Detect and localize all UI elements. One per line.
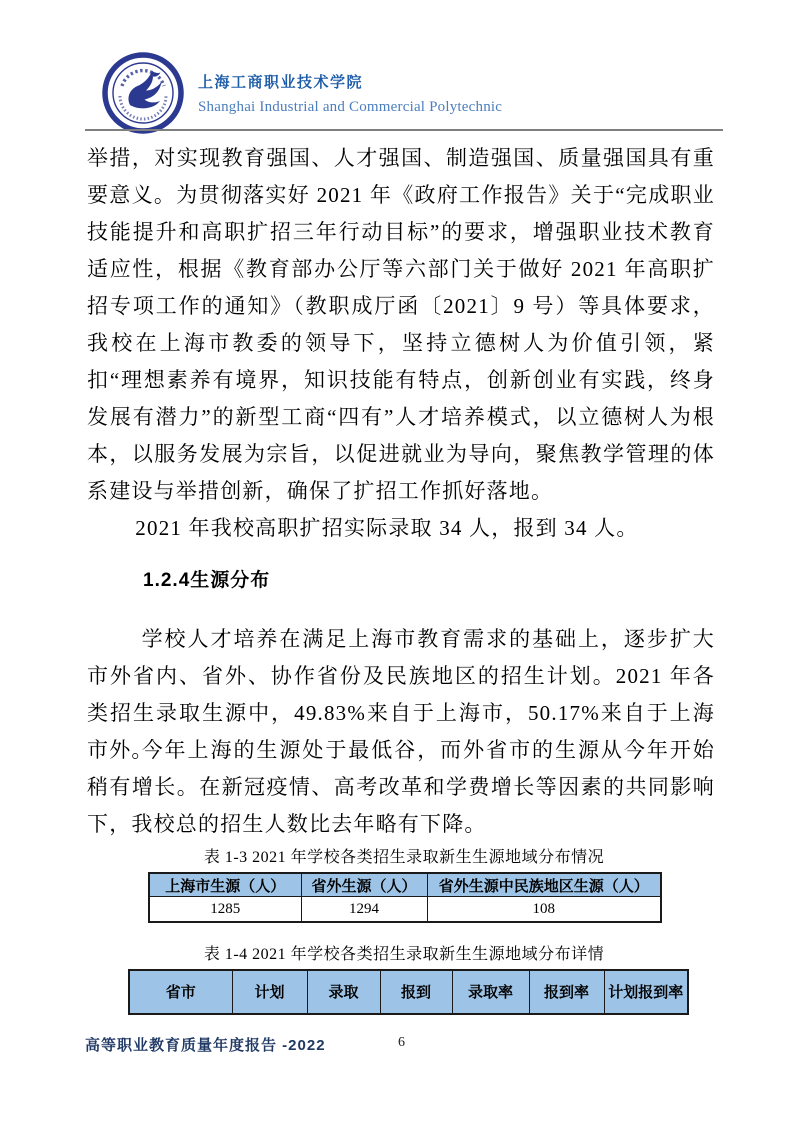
school-seal-logo-icon (102, 52, 184, 134)
school-name-en: Shanghai Industrial and Commercial Polyt… (198, 99, 502, 116)
table-1-3-value-ethnic: 108 (427, 897, 661, 923)
table-1-3-regional-distribution: 上海市生源（人） 省外生源（人） 省外生源中民族地区生源（人） 1285 129… (148, 872, 662, 923)
table-1-3-header-ethnic: 省外生源中民族地区生源（人） (427, 873, 661, 897)
table-1-4-header-plan: 计划 (232, 970, 307, 1014)
school-name-zh: 上海工商职业技术学院 (198, 71, 502, 92)
document-page: 上海工商职业技术学院 Shanghai Industrial and Comme… (0, 0, 793, 1122)
page-number: 6 (398, 1035, 405, 1051)
table-header-row: 省市 计划 录取 报到 录取率 报到率 计划报到率 (129, 970, 688, 1014)
table-1-3-value-shanghai: 1285 (149, 897, 301, 923)
table-1-4-detail-distribution: 省市 计划 录取 报到 录取率 报到率 计划报到率 (128, 969, 689, 1015)
paragraph-expansion-measures: 举措，对实现教育强国、人才强国、制造强国、质量强国具有重要意义。为贯彻落实好 2… (87, 140, 715, 510)
table-1-4-header-register-rate: 报到率 (529, 970, 604, 1014)
footer-report-title: 高等职业教育质量年度报告 -2022 (85, 1034, 326, 1055)
table-1-4-header-registered: 报到 (380, 970, 452, 1014)
section-heading-1-2-4: 1.2.4生源分布 (143, 562, 270, 599)
table-1-4-header-plan-register-rate: 计划报到率 (604, 970, 688, 1014)
table-1-3-caption: 表 1-3 2021 年学校各类招生录取新生生源地域分布情况 (85, 847, 723, 869)
table-row: 1285 1294 108 (149, 897, 661, 923)
table-1-3-header-outside: 省外生源（人） (301, 873, 427, 897)
table-1-4-caption: 表 1-4 2021 年学校各类招生录取新生生源地域分布详情 (85, 944, 723, 966)
table-1-4-header-province: 省市 (129, 970, 232, 1014)
table-1-4-header-admit-rate: 录取率 (452, 970, 529, 1014)
table-1-3-value-outside: 1294 (301, 897, 427, 923)
masthead: 上海工商职业技术学院 Shanghai Industrial and Comme… (198, 71, 502, 116)
table-1-3-header-shanghai: 上海市生源（人） (149, 873, 301, 897)
paragraph-source-trend: 今年上海的生源处于最低谷，而外省市的生源从今年开始稍有增长。在新冠疫情、高考改革… (87, 732, 715, 843)
table-1-4-header-admitted: 录取 (307, 970, 380, 1014)
header-divider (85, 129, 723, 131)
table-header-row: 上海市生源（人） 省外生源（人） 省外生源中民族地区生源（人） (149, 873, 661, 897)
paragraph-enrollment-numbers: 2021 年我校高职扩招实际录取 34 人，报到 34 人。 (87, 510, 715, 547)
